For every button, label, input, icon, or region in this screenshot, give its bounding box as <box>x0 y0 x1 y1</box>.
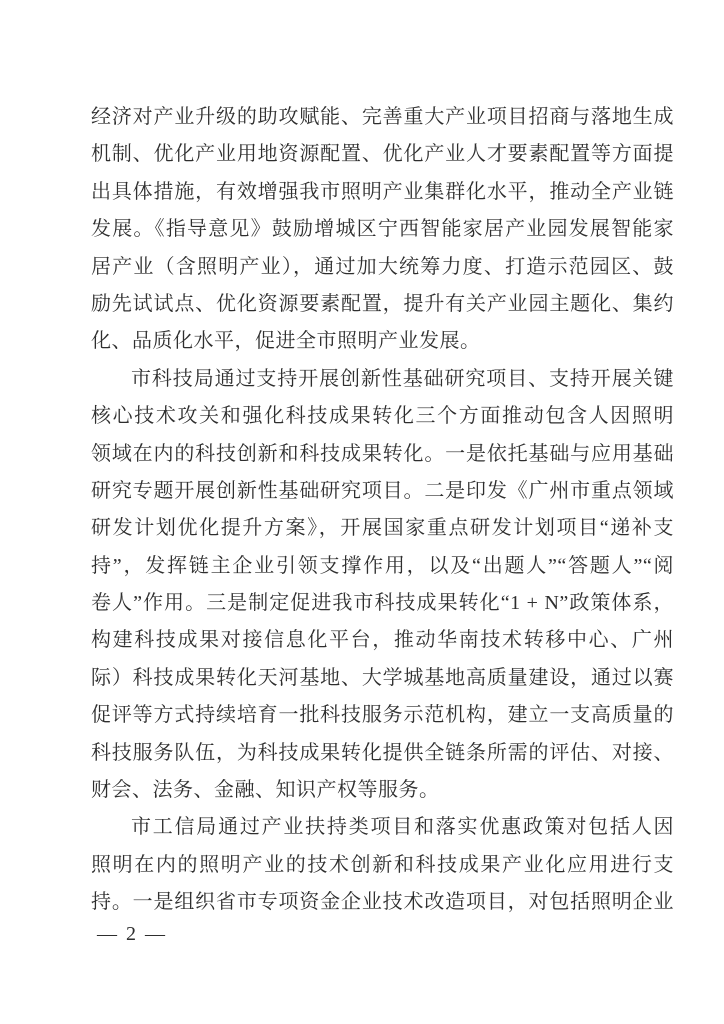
text-line: 促评等方式持续培育一批科技服务示范机构，建立一支高质量的 <box>91 697 674 734</box>
page-number: — 2 — <box>97 921 167 947</box>
text-line: 机制、优化产业用地资源配置、优化产业人才要素配置等方面提 <box>91 136 674 173</box>
document-page: 经济对产业升级的助攻赋能、完善重大产业项目招商与落地生成 机制、优化产业用地资源… <box>0 0 724 1024</box>
text-line: 照明在内的照明产业的技术创新和科技成果产业化应用进行支 <box>91 847 674 884</box>
text-line: 发展。《指导意见》鼓励增城区宁西智能家居产业园发展智能家 <box>91 211 674 248</box>
text-line: 居产业（含照明产业），通过加大统筹力度、打造示范园区、鼓 <box>91 249 674 286</box>
text-line: 研究专题开展创新性基础研究项目。二是印发《广州市重点领域 <box>91 473 674 510</box>
text-line: 财会、法务、金融、知识产权等服务。 <box>91 772 674 809</box>
text-line: 研发计划优化提升方案》，开展国家重点研发计划项目“递补支 <box>91 510 674 547</box>
text-line: 构建科技成果对接信息化平台，推动华南技术转移中心、广州（国 <box>91 622 674 659</box>
text-line: 核心技术攻关和强化科技成果转化三个方面推动包含人因照明 <box>91 398 674 435</box>
text-line: 卷人”作用。三是制定促进我市科技成果转化“1 + N”政策体系， <box>91 585 674 622</box>
text-line: 市科技局通过支持开展创新性基础研究项目、支持开展关键 <box>91 361 674 398</box>
text-line: 励先试试点、优化资源要素配置，提升有关产业园主题化、集约 <box>91 286 674 323</box>
text-line: 持。一是组织省市专项资金企业技术改造项目，对包括照明企业 <box>91 884 674 921</box>
text-line: 化、品质化水平，促进全市照明产业发展。 <box>91 323 674 360</box>
text-line: 领域在内的科技创新和科技成果转化。一是依托基础与应用基础 <box>91 436 674 473</box>
text-line: 持”，发挥链主企业引领支撑作用，以及“出题人”“答题人”“阅 <box>91 548 674 585</box>
page-body: 经济对产业升级的助攻赋能、完善重大产业项目招商与落地生成 机制、优化产业用地资源… <box>91 99 674 922</box>
text-line: 市工信局通过产业扶持类项目和落实优惠政策对包括人因 <box>91 809 674 846</box>
text-line: 科技服务队伍，为科技成果转化提供全链条所需的评估、对接、 <box>91 735 674 772</box>
text-line: 出具体措施，有效增强我市照明产业集群化水平，推动全产业链 <box>91 174 674 211</box>
text-line: 际）科技成果转化天河基地、大学城基地高质量建设，通过以赛 <box>91 660 674 697</box>
text-line: 经济对产业升级的助攻赋能、完善重大产业项目招商与落地生成 <box>91 99 674 136</box>
